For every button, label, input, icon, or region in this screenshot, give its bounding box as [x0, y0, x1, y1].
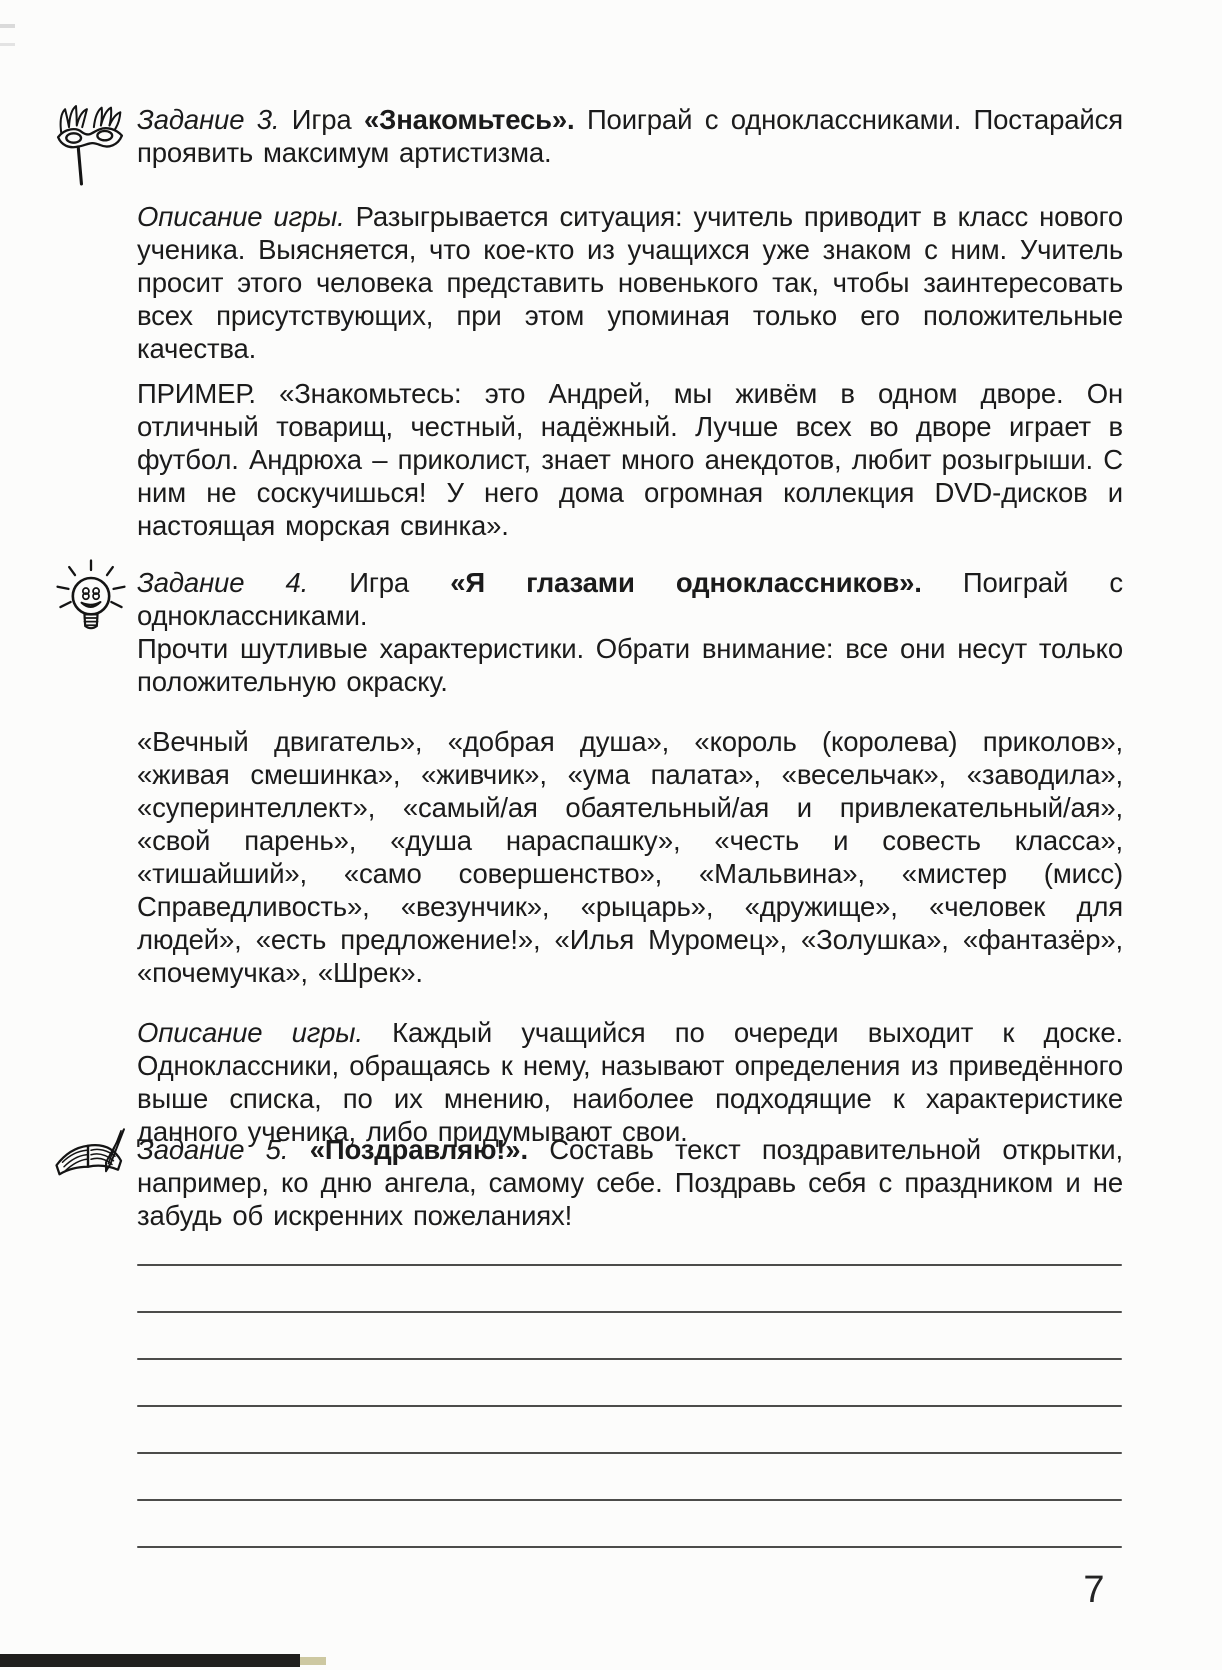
- task-4-description: Описание игры. Каждый учащийся по очеред…: [137, 1016, 1123, 1148]
- smiling-lightbulb-icon: [51, 556, 131, 653]
- scan-artifact-mark: [0, 24, 15, 46]
- task-4-game-title: «Я глазами одноклассников».: [450, 567, 922, 598]
- writing-lines: [137, 1264, 1122, 1593]
- task-3-desc-label: Описание игры.: [137, 201, 345, 232]
- task-3-pre: Игра: [292, 104, 352, 135]
- task-3-description: Описание игры. Разыгрывается ситуация: у…: [137, 200, 1123, 365]
- bottom-edge-bar: [0, 1654, 300, 1667]
- task-3-label: Задание 3.: [137, 104, 279, 135]
- task-3-example-text: «Знакомьтесь: это Андрей, мы живём в одн…: [137, 378, 1123, 541]
- task-4-nicknames-list: «Вечный двигатель», «добрая душа», «коро…: [137, 725, 1123, 989]
- writing-line: [137, 1358, 1122, 1360]
- task-5-label: Задание 5.: [137, 1134, 288, 1165]
- task-3-example: ПРИМЕР. «Знакомьтесь: это Андрей, мы жив…: [137, 377, 1123, 542]
- task-4-list-text: «Вечный двигатель», «добрая душа», «коро…: [137, 726, 1123, 988]
- task-3-example-label: ПРИМЕР.: [137, 378, 256, 409]
- task-4-section: Задание 4. Игра «Я глазами однокласснико…: [137, 566, 1123, 1148]
- task-3-heading: Задание 3. Игра «Знакомьтесь». Поиграй с…: [137, 103, 1123, 169]
- workbook-page: Задание 3. Игра «Знакомьтесь». Поиграй с…: [0, 0, 1222, 1670]
- open-book-pen-icon: [49, 1123, 133, 1190]
- bottom-edge-bar-tip: [300, 1657, 326, 1665]
- task-4-desc-label: Описание игры.: [137, 1017, 363, 1048]
- task-3-section: Задание 3. Игра «Знакомьтесь». Поиграй с…: [137, 103, 1123, 542]
- page-number: 7: [1064, 1570, 1124, 1610]
- carnival-mask-icon: [55, 103, 125, 192]
- task-5-game-title: «Поздравляю!».: [310, 1134, 528, 1165]
- writing-line: [137, 1311, 1122, 1313]
- task-5-section: Задание 5. «Поздравляю!». Составь текст …: [137, 1133, 1123, 1232]
- task-4-label: Задание 4.: [137, 567, 308, 598]
- task-4-instruction: Прочти шутливые характеристики. Обрати в…: [137, 632, 1123, 698]
- writing-line: [137, 1452, 1122, 1454]
- task-5-heading: Задание 5. «Поздравляю!». Составь текст …: [137, 1133, 1123, 1232]
- task-3-intro: Поиграй с одноклассниками. Постарайся пр…: [137, 104, 1123, 168]
- task-4-heading: Задание 4. Игра «Я глазами однокласснико…: [137, 566, 1123, 632]
- writing-line: [137, 1499, 1122, 1501]
- writing-line: [137, 1405, 1122, 1407]
- task-4-pre: Игра: [349, 567, 409, 598]
- writing-line: [137, 1264, 1122, 1266]
- task-3-game-title: «Знакомьтесь».: [364, 104, 575, 135]
- writing-line: [137, 1546, 1122, 1548]
- task-4-instruction-text: Прочти шутливые характеристики. Обрати в…: [137, 633, 1123, 697]
